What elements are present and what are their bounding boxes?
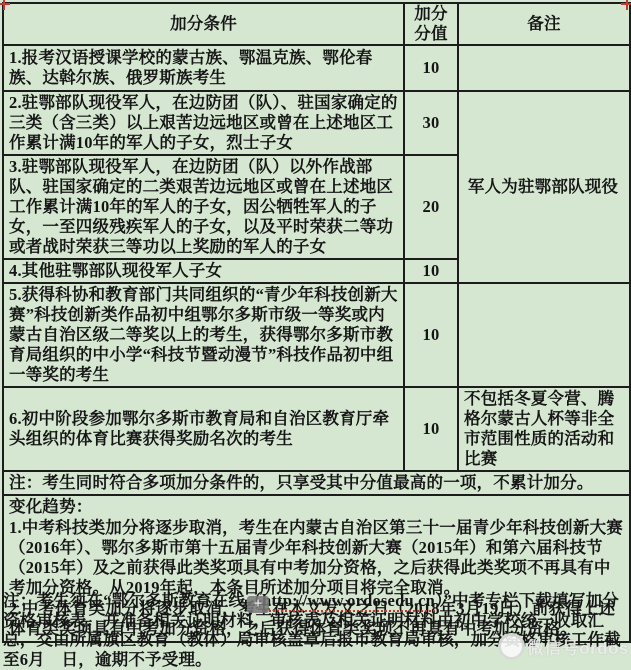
trend-title: 变化趋势： bbox=[9, 497, 624, 517]
row6-points: 10 bbox=[404, 387, 458, 471]
header-condition: 加分条件 bbox=[3, 3, 404, 45]
row5-condition: 5.获得科协和教育部门共同组织的“青少年科技创新大赛”科技创新类作品初中组鄂尔多… bbox=[3, 283, 404, 387]
table-row: 2.驻鄂部队现役军人，在边防团（队）、驻国家确定的三类（含三类）以上艰苦边远地区… bbox=[3, 91, 630, 155]
table-header-row: 加分条件 加分 分值 备注 bbox=[3, 3, 630, 45]
plus-cursor-icon: + bbox=[247, 596, 269, 613]
row1-condition: 1.报考汉语授课学校的蒙古族、鄂温克族、鄂伦春族、达斡尔族、俄罗斯族考生 bbox=[3, 45, 404, 91]
row1-points: 10 bbox=[404, 45, 458, 91]
row3-condition: 3.驻鄂部队现役军人，在边防团（队）以外作战部队、驻国家确定的二类艰苦边远地区或… bbox=[3, 155, 404, 259]
row1-remark bbox=[458, 45, 630, 91]
header-remark: 备注 bbox=[458, 3, 630, 45]
footer-note-prefix: 注：考生须在“鄂尔多斯教育在线（ bbox=[3, 591, 262, 610]
row6-condition: 6.初中阶段参加鄂尔多斯市教育局和自治区教育厅牵头组织的体育比赛获得奖励名次的考… bbox=[3, 387, 404, 471]
note-row-text: 注：考生同时符合多项加分条件的，只享受其中分值最高的一项，不累计加分。 bbox=[3, 471, 630, 495]
ordosedu-url-link[interactable]: http://www.ordosedu.cn bbox=[262, 591, 435, 612]
row6-remark: 不包括冬夏令营、腾格尔蒙古人杯等非全市范围性质的活动和比赛 bbox=[458, 387, 630, 471]
trend-item-1: 1.中考科技类加分将逐步取消，考生在内蒙古自治区第三十一届青少年科技创新大赛（2… bbox=[9, 518, 624, 598]
row2-condition: 2.驻鄂部队现役军人，在边防团（队）、驻国家确定的三类（含三类）以上艰苦边远地区… bbox=[3, 91, 404, 155]
rows2-4-merged-remark: 军人为驻鄂部队现役 bbox=[458, 91, 630, 283]
row2-points: 30 bbox=[404, 91, 458, 155]
header-points-line2: 分值 bbox=[407, 24, 455, 44]
table-row: 5.获得科协和教育部门共同组织的“青少年科技创新大赛”科技创新类作品初中组鄂尔多… bbox=[3, 283, 630, 387]
row5-remark bbox=[458, 283, 630, 387]
header-points: 加分 分值 bbox=[404, 3, 458, 45]
bonus-points-table: 加分条件 加分 分值 备注 1.报考汉语授课学校的蒙古族、鄂温克族、鄂伦春族、达… bbox=[2, 2, 631, 643]
row4-condition: 4.其他驻鄂部队现役军人子女 bbox=[3, 259, 404, 283]
table-row: 1.报考汉语授课学校的蒙古族、鄂温克族、鄂伦春族、达斡尔族、俄罗斯族考生 10 bbox=[3, 45, 630, 91]
bonus-points-document: { "page": { "background": "#d5e6d1", "bo… bbox=[0, 0, 631, 670]
header-points-line1: 加分 bbox=[407, 4, 455, 24]
row4-points: 10 bbox=[404, 259, 458, 283]
table-row: 6.初中阶段参加鄂尔多斯市教育局和自治区教育厅牵头组织的体育比赛获得奖励名次的考… bbox=[3, 387, 630, 471]
footer-note: 注：考生须在“鄂尔多斯教育在线（http://www.ordosedu.cn）”… bbox=[3, 591, 628, 669]
row3-points: 20 bbox=[404, 155, 458, 259]
row5-points: 10 bbox=[404, 283, 458, 387]
note-row: 注：考生同时符合多项加分条件的，只享受其中分值最高的一项，不累计加分。 bbox=[3, 471, 630, 495]
